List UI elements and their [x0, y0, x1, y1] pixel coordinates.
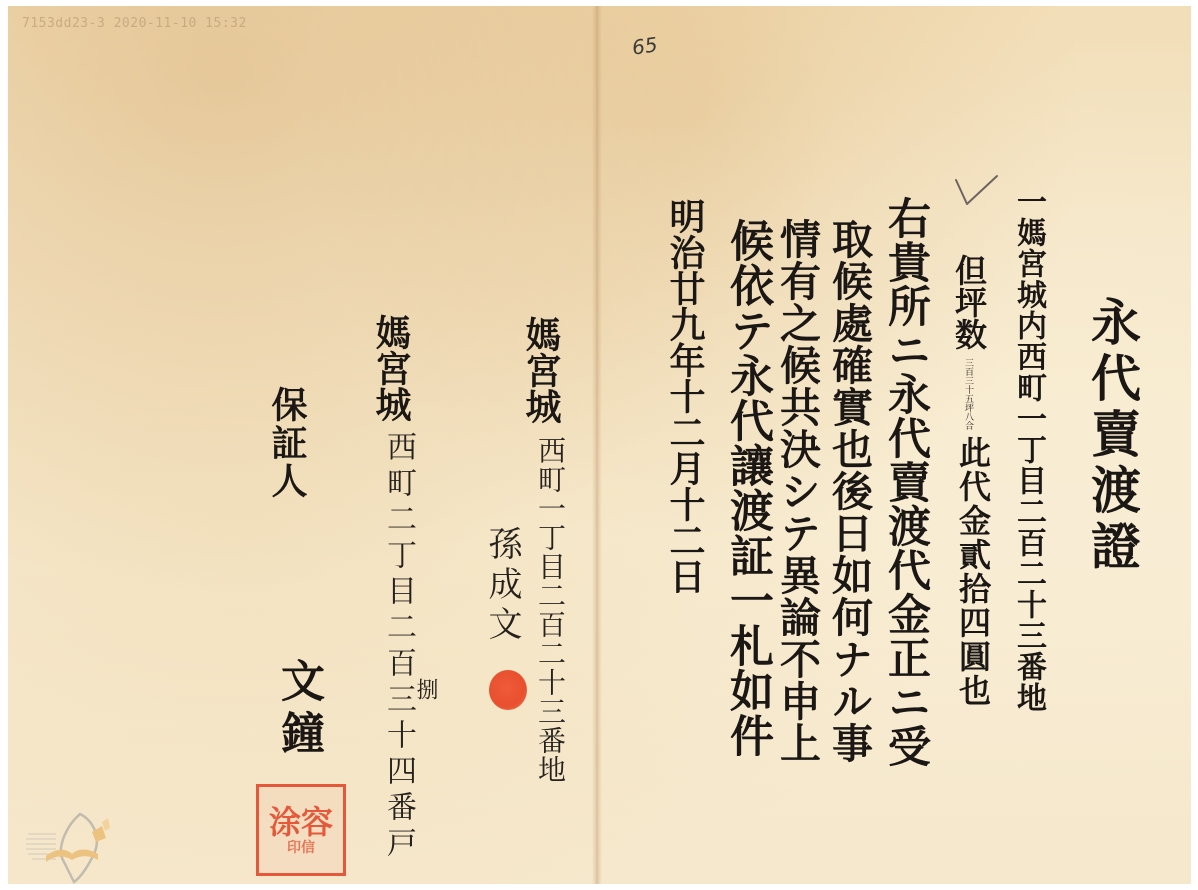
- guarantor-label: 保証人: [262, 386, 313, 500]
- seal-text-top: 涂容: [269, 804, 333, 840]
- seller-name: 孫成文: [478, 526, 527, 646]
- body-line-2: 取候處確實也後日如何ナル事: [820, 218, 879, 764]
- seal-text-bottom: 印信: [287, 840, 315, 856]
- guarantor-name: 文鐘: [266, 658, 330, 762]
- page-number: 65: [630, 32, 659, 59]
- body-line-1: 右貴所ニ永代賣渡代金正ニ受: [876, 196, 937, 768]
- checkmark-icon: [953, 174, 999, 210]
- scan-watermark: 7153dd23-3 2020-11-10 15:32: [22, 16, 247, 31]
- guarantor-city: 媽宮城: [366, 314, 417, 422]
- area-annotation: 三百三十五坪八合: [963, 358, 972, 430]
- round-seal-icon: [489, 670, 527, 710]
- price-text: 此代金貳拾四圓也: [950, 436, 996, 708]
- address-annotation: 捌: [410, 678, 441, 700]
- body-line-4: 候依テ永代讓渡証一札如件: [715, 218, 779, 758]
- archive-logo-icon: [22, 806, 112, 886]
- document-title: 永代賣渡證: [1076, 296, 1148, 576]
- guarantor-address: 西町二丁目二百三十四番戸: [376, 431, 420, 863]
- seller-city: 媽宮城: [516, 316, 567, 424]
- seller-address: 西町一丁目二百二十三番地: [530, 436, 570, 784]
- property-line: 一媽宮城内西町一丁目二百二十三番地: [1006, 186, 1050, 713]
- square-seal-icon: 涂容 印信: [256, 784, 346, 876]
- area-price-line: 但坪数: [946, 254, 992, 354]
- book-gutter: [592, 6, 602, 884]
- area-label: 但坪数: [946, 254, 992, 350]
- document-date: 明治廿九年十二月十二日: [660, 198, 711, 594]
- document-scan: 7153dd23-3 2020-11-10 15:32 65 永代賣渡證 一媽宮…: [8, 6, 1191, 884]
